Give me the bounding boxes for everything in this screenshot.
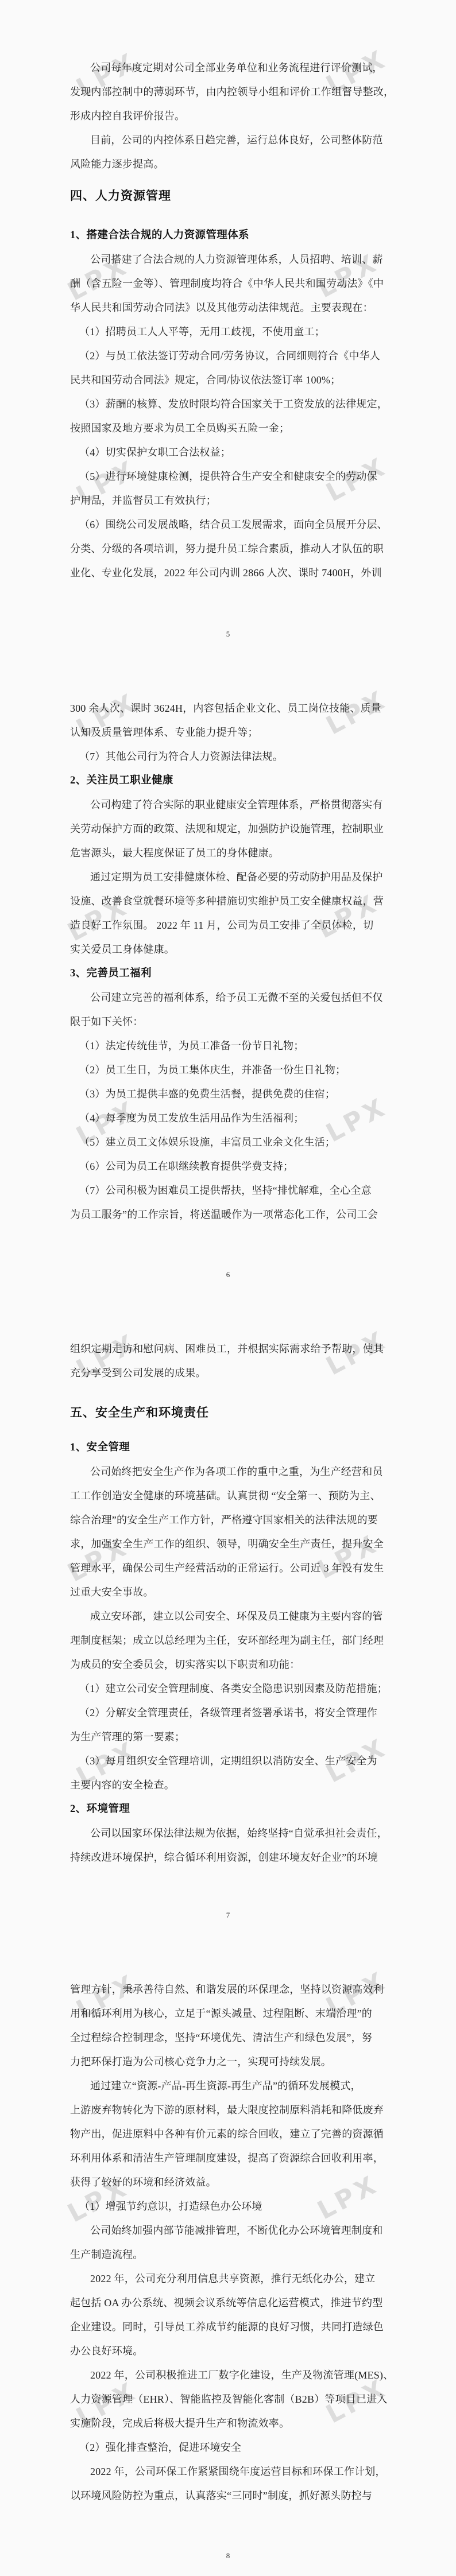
- section-heading: 五、安全生产和环境责任: [70, 1399, 401, 1426]
- body-text-line: （1）法定传统佳节，为员工准备一份节日礼物；: [70, 1034, 401, 1058]
- page-number: 8: [0, 2551, 456, 2561]
- body-text-line: 按照国家及地方要求为员工全员购买五险一金；: [70, 416, 401, 440]
- body-text-line: 限于如下关怀：: [70, 1010, 401, 1034]
- body-text-line: （3）薪酬的核算、发放时限均符合国家关于工资发放的法律规定，: [70, 392, 401, 416]
- body-text-line: 300 余人次、课时 3624H，内容包括企业文化、员工岗位技能、质量: [70, 696, 401, 720]
- body-text-line: （7）公司积极为困难员工提供帮扶，坚持“排忧解难，全心全意: [70, 1178, 401, 1202]
- body-text-line: 物产出，促进原料中各种有价元素的综合回收，建立了完善的资源循: [70, 2122, 401, 2146]
- body-text-line: （5）进行环境健康检测，提供符合生产安全和健康安全的劳动保: [70, 464, 401, 488]
- sub-heading: 3、完善员工福利: [70, 961, 401, 986]
- body-text-line: （1）招聘员工人人平等，无用工歧视，不使用童工；: [70, 320, 401, 344]
- body-text-line: 护用品，并监督员工有效执行；: [70, 488, 401, 513]
- body-text-line: （2）员工生日，为员工集体庆生，并准备一份生日礼物；: [70, 1058, 401, 1082]
- body-text-line: 求，加强安全生产工作的组织、领导，明确安全生产责任，提升安全: [70, 1532, 401, 1556]
- body-text-line: 管理水平，确保公司生产经营活动的正常运行。公司近 3 年没有发生: [70, 1556, 401, 1580]
- body-text-line: 公司构建了符合实际的职业健康安全管理体系，严格贯彻落实有: [70, 793, 401, 817]
- page-number: 5: [0, 630, 456, 639]
- page-content: 组织定期走访和慰问病、困难员工，并根据实际需求给予帮助，使其充分享受到公司发展的…: [70, 1337, 401, 1869]
- body-text-line: 公司搭建了合法合规的人力资源管理体系，人员招聘、培训、薪: [70, 247, 401, 271]
- page-content: 管理方针，秉承善待自然、和谐发展的环保理念，坚持以资源高效利用和循环利用为核心，…: [70, 1977, 401, 2508]
- body-text-line: （4）切实保护女职工合法权益；: [70, 440, 401, 464]
- body-text-line: 综合治理”的安全生产工作方针，严格遵守国家相关的法律法规的要: [70, 1508, 401, 1532]
- body-text-line: （7）其他公司行为符合人力资源法律法规。: [70, 744, 401, 769]
- body-text-line: 造良好工作氛围。 2022 年 11 月，公司为员工安排了全员体检，切: [70, 913, 401, 937]
- body-text-line: 过重大安全事故。: [70, 1580, 401, 1604]
- document-page: LPXLPXLPXLPXLPXLPX管理方针，秉承善待自然、和谐发展的环保理念，…: [0, 1922, 456, 2562]
- body-text-line: 认知及质量管理体系、专业能力提升等；: [70, 720, 401, 744]
- body-text-line: 关劳动保护方面的政策、法规和规定，加强防护设施管理，控制职业: [70, 817, 401, 841]
- body-text-line: 起包括 OA 办公系统、视频会议系统等信息化运营模式，推进节约型: [70, 2291, 401, 2315]
- body-text-line: 为生产管理的第一要素；: [70, 1725, 401, 1749]
- body-text-line: 主要内容的安全检查。: [70, 1773, 401, 1797]
- body-text-line: （3）每月组织安全管理培训，定期组织以消防安全、生产安全为: [70, 1749, 401, 1773]
- body-text-line: 目前，公司的内控体系日趋完善，运行总体良好，公司整体防范: [70, 128, 401, 152]
- body-text-line: 风险能力逐步提高。: [70, 152, 401, 176]
- body-text-line: （6）围绕公司发展战略，结合员工发展需求，面向全员展开分层、: [70, 513, 401, 537]
- body-text-line: 以环境风险防控为重点，认真落实“三同时”制度，抓好源头防控与: [70, 2484, 401, 2508]
- document-page: LPXLPXLPXLPXLPXLPX300 余人次、课时 3624H，内容包括企…: [0, 641, 456, 1281]
- body-text-line: 上游废弃物转化为下游的原材料，最大限度控制原料消耗和降低废弃: [70, 2098, 401, 2122]
- body-text-line: 设施、改善食堂就餐环境等多种措施切实维护员工安全健康权益，营: [70, 889, 401, 913]
- body-text-line: 充分享受到公司发展的成果。: [70, 1361, 401, 1385]
- body-text-line: 为员工服务”的工作宗旨，将送温暖作为一项常态化工作，公司工会: [70, 1202, 401, 1227]
- body-text-line: （1）增强节约意识，打造绿色办公环境: [70, 2194, 401, 2218]
- body-text-line: 用和循环利用为核心，立足于“源头减量、过程阻断、末端治理”的: [70, 2001, 401, 2026]
- page-content: 300 余人次、课时 3624H，内容包括企业文化、员工岗位技能、质量认知及质量…: [70, 696, 401, 1227]
- body-text-line: 实施阶段，完成后将极大提升生产和物流效率。: [70, 2411, 401, 2435]
- body-text-line: 公司以国家环保法律法规为依据，始终坚持“自觉承担社会责任，: [70, 1821, 401, 1845]
- body-text-line: 华人民共和国劳动合同法》以及其他劳动法律规范。主要表现在：: [70, 296, 401, 320]
- body-text-line: 公司每年度定期对公司全部业务单位和业务流程进行评价测试，: [70, 56, 401, 80]
- body-text-line: （3）为员工提供丰盛的免费生活餐，提供免费的住宿；: [70, 1082, 401, 1106]
- body-text-line: 人力资源管理（EHR）、智能监控及智能化客制（B2B）等项目已进入: [70, 2387, 401, 2411]
- body-text-line: （5）建立员工文体娱乐设施，丰富员工业余文化生活；: [70, 1130, 401, 1154]
- document-page: LPXLPXLPXLPXLPXLPX公司每年度定期对公司全部业务单位和业务流程进…: [0, 0, 456, 641]
- body-text-line: 形成内控自我评价报告。: [70, 104, 401, 128]
- body-text-line: 通过定期为员工安排健康体检、配备必要的劳动防护用品及保护: [70, 865, 401, 889]
- page-number: 6: [0, 1270, 456, 1279]
- body-text-line: 获得了较好的环境和经济效益。: [70, 2170, 401, 2194]
- body-text-line: 成立安环部，建立以公司安全、环保及员工健康为主要内容的管: [70, 1604, 401, 1628]
- body-text-line: 2022 年，公司环保工作紧紧围绕年度运营目标和环保工作计划，: [70, 2459, 401, 2484]
- body-text-line: 理制度框架；成立以总经理为主任，安环部经理为副主任，部门经理: [70, 1628, 401, 1652]
- body-text-line: （1）建立公司安全管理制度、各类安全隐患识别因素及防范措施；: [70, 1677, 401, 1701]
- body-text-line: 为成员的安全委员会，切实落实以下职责和功能：: [70, 1652, 401, 1677]
- body-text-line: 2022 年，公司充分利用信息共享资源，推行无纸化办公，建立: [70, 2267, 401, 2291]
- sub-heading: 1、安全管理: [70, 1436, 401, 1460]
- body-text-line: 通过建立“资源-产品-再生资源-再生产品”的循环发展模式，: [70, 2074, 401, 2098]
- body-text-line: 生产制造流程。: [70, 2243, 401, 2267]
- body-text-line: 力把环保打造为公司核心竞争力之一，实现可持续发展。: [70, 2050, 401, 2074]
- body-text-line: 持续改进环境保护，综合循环利用资源，创建环境友好企业”的环境: [70, 1845, 401, 1869]
- document-page: LPXLPXLPXLPXLPXLPX组织定期走访和慰问病、困难员工，并根据实际需…: [0, 1281, 456, 1922]
- body-text-line: 发现内部控制中的薄弱环节，由内控领导小组和评价工作组督导整改，: [70, 80, 401, 104]
- sub-heading: 2、环境管理: [70, 1797, 401, 1821]
- sub-heading: 1、搭建合法合规的人力资源管理体系: [70, 223, 401, 247]
- body-text-line: 分类、分级的各项培训，努力提升员工综合素质，推动人才队伍的职: [70, 537, 401, 561]
- scanned-report-document: { "document": { "background": "#fafafa",…: [0, 0, 456, 2576]
- body-text-line: （6）公司为员工在职继续教育提供学费支持；: [70, 1154, 401, 1178]
- body-text-line: 民共和国劳动合同法》规定，合同/协议依法签订率 100%；: [70, 368, 401, 392]
- body-text-line: 2022 年，公司积极推进工厂数字化建设，生产及物流管理(MES)、: [70, 2363, 401, 2387]
- section-heading: 四、人力资源管理: [70, 182, 401, 210]
- body-text-line: （2）与员工依法签订劳动合同/劳务协议，合同细则符合《中华人: [70, 344, 401, 368]
- body-text-line: 管理方针，秉承善待自然、和谐发展的环保理念，坚持以资源高效利: [70, 1977, 401, 2001]
- body-text-line: （4）每季度为员工发放生活用品作为生活福利；: [70, 1106, 401, 1130]
- body-text-line: 业化、专业化发展，2022 年公司内训 2866 人次、课时 7400H，外训: [70, 561, 401, 585]
- body-text-line: 环利用体系和清洁生产管理制度建设，提高了资源综合回收利用率，: [70, 2146, 401, 2170]
- body-text-line: 公司始终加强内部节能减排管理，不断优化办公环境管理制度和: [70, 2218, 401, 2243]
- body-text-line: 公司始终把安全生产作为各项工作的重中之重，为生产经营和员: [70, 1460, 401, 1484]
- body-text-line: 危害源头，最大程度保证了员工的身体健康。: [70, 841, 401, 865]
- body-text-line: 公司建立完善的福利体系，给予员工无微不至的关爱包括但不仅: [70, 986, 401, 1010]
- page-number: 7: [0, 1911, 456, 1920]
- body-text-line: （2）分解安全管理责任，各级管理者签署承诺书，将安全管理作: [70, 1701, 401, 1725]
- body-text-line: （2）强化排查整治，促进环境安全: [70, 2435, 401, 2459]
- body-text-line: 工工作创造安全健康的环境基础。认真贯彻 “安全第一、预防为主、: [70, 1484, 401, 1508]
- body-text-line: 办公良好环境。: [70, 2339, 401, 2363]
- page-content: 公司每年度定期对公司全部业务单位和业务流程进行评价测试，发现内部控制中的薄弱环节…: [70, 56, 401, 585]
- body-text-line: 酬（含五险一金等）、管理制度均符合《中华人民共和国劳动法》《中: [70, 271, 401, 296]
- body-text-line: 组织定期走访和慰问病、困难员工，并根据实际需求给予帮助，使其: [70, 1337, 401, 1361]
- sub-heading: 2、关注员工职业健康: [70, 769, 401, 793]
- body-text-line: 全过程综合控制理念，坚持“环境优先、清洁生产和绿色发展”，努: [70, 2026, 401, 2050]
- body-text-line: 实关爱员工身体健康。: [70, 937, 401, 961]
- body-text-line: 企业建设。同时，引导员工养成节约能源的良好习惯，共同打造绿色: [70, 2315, 401, 2339]
